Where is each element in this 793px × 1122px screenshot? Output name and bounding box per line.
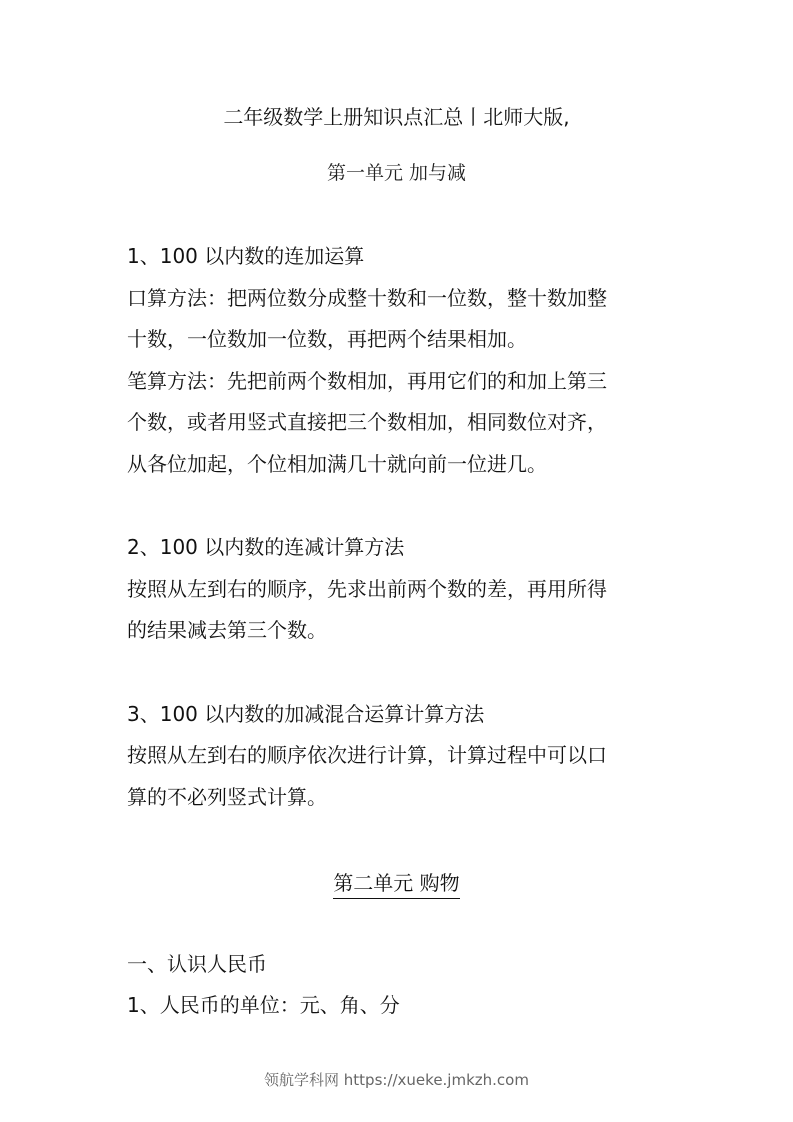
section-heading: 2、100 以内数的连减计算方法 [127, 533, 404, 561]
document-title: 二年级数学上册知识点汇总丨北师大版, [0, 103, 793, 131]
unit2-heading: 第二单元 购物 [0, 869, 793, 899]
paragraph-line: 个数，或者用竖式直接把三个数相加，相同数位对齐， [127, 408, 607, 436]
section-heading: 一、认识人民币 [127, 950, 267, 978]
paragraph-line: 1、人民币的单位：元、角、分 [127, 991, 400, 1019]
footer-watermark: 领航学科网 https://xueke.jmkzh.com [0, 1070, 793, 1090]
paragraph-line: 十数，一位数加一位数，再把两个结果相加。 [127, 325, 527, 353]
section-heading: 1、100 以内数的连加运算 [127, 242, 364, 270]
unit2-heading-text: 第二单元 购物 [333, 869, 459, 899]
paragraph-line: 按照从左到右的顺序，先求出前两个数的差，再用所得 [127, 575, 607, 603]
paragraph-line: 口算方法：把两位数分成整十数和一位数，整十数加整 [127, 284, 607, 312]
paragraph-line: 从各位加起，个位相加满几十就向前一位进几。 [127, 450, 547, 478]
unit1-heading: 第一单元 加与减 [0, 160, 793, 186]
paragraph-line: 算的不必列竖式计算。 [127, 783, 327, 811]
paragraph-line: 按照从左到右的顺序依次进行计算，计算过程中可以口 [127, 741, 607, 769]
paragraph-line: 笔算方法：先把前两个数相加，再用它们的和加上第三 [127, 367, 607, 395]
paragraph-line: 的结果减去第三个数。 [127, 616, 327, 644]
section-heading: 3、100 以内数的加减混合运算计算方法 [127, 700, 484, 728]
